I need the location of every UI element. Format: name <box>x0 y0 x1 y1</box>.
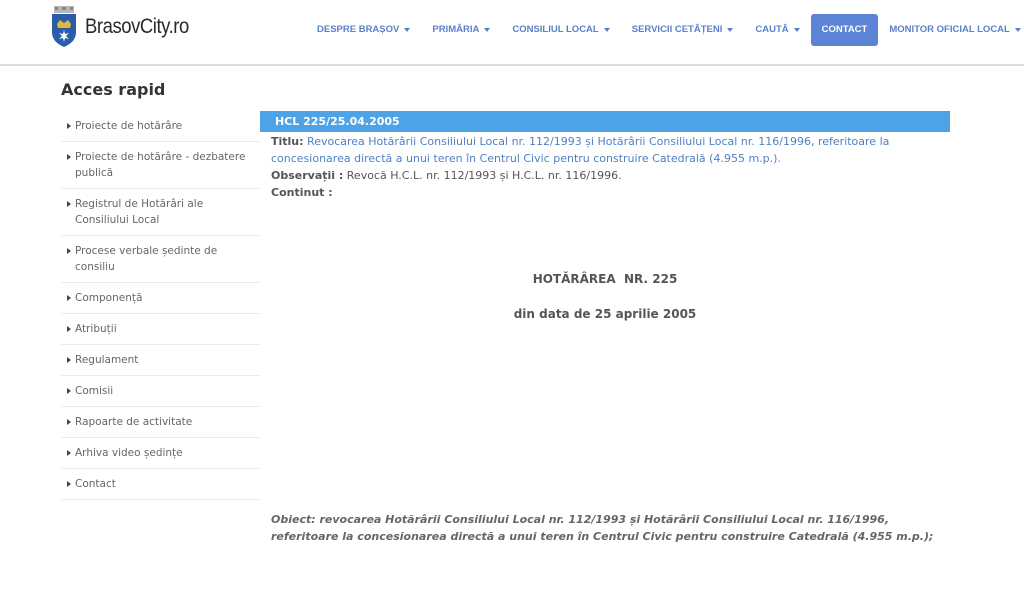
logo-text: BrasovCity.ro <box>85 15 189 39</box>
nav-primaria[interactable]: PRIMĂRIA <box>421 14 501 46</box>
document-obiect: Obiect: revocarea Hotărârii Consiliului … <box>271 511 951 545</box>
site-logo[interactable]: BrasovCity.ro <box>50 6 203 48</box>
observatii-label: Observații : <box>271 169 343 182</box>
sidebar-item-rapoarte[interactable]: Rapoarte de activitate <box>61 407 260 438</box>
sidebar-item-arhiva-video[interactable]: Arhiva video ședințe <box>61 438 260 469</box>
document-heading: HOTĂRÂREA NR. 225 <box>260 272 950 286</box>
sidebar-item-label: Proiecte de hotărâre <box>75 120 182 132</box>
sidebar-item-proiecte-hotarare[interactable]: Proiecte de hotărâre <box>61 111 260 142</box>
sidebar-item-label: Contact <box>75 478 116 490</box>
document-meta: Titlu: Revocarea Hotărârii Consiliului L… <box>260 133 950 201</box>
sidebar-item-label: Componență <box>75 292 142 304</box>
observatii-value: Revocă H.C.L. nr. 112/1993 și H.C.L. nr.… <box>347 169 622 182</box>
sidebar-item-contact[interactable]: Contact <box>61 469 260 500</box>
nav-label: CONTACT <box>822 14 868 46</box>
caret-right-icon <box>67 248 71 254</box>
caret-right-icon <box>67 295 71 301</box>
nav-label: CONSILIUL LOCAL <box>512 14 598 46</box>
sidebar-item-label: Comisii <box>75 385 113 397</box>
sidebar-item-label: Rapoarte de activitate <box>75 416 192 428</box>
nav-label: PRIMĂRIA <box>432 14 479 46</box>
document-panel: HCL 225/25.04.2005 Titlu: Revocarea Hotă… <box>260 111 950 201</box>
caret-down-icon <box>404 28 410 32</box>
caret-right-icon <box>67 123 71 129</box>
sidebar-item-regulament[interactable]: Regulament <box>61 345 260 376</box>
nav-consiliul-local[interactable]: CONSILIUL LOCAL <box>501 14 620 46</box>
nav-despre-brasov[interactable]: DESPRE BRAȘOV <box>306 14 421 46</box>
caret-down-icon <box>794 28 800 32</box>
observatii-row: Observații : Revocă H.C.L. nr. 112/1993 … <box>271 167 950 184</box>
titlu-value[interactable]: Revocarea Hotărârii Consiliului Local nr… <box>271 135 889 165</box>
caret-down-icon <box>727 28 733 32</box>
sidebar-item-label: Proiecte de hotărâre - dezbatere publică <box>75 151 245 179</box>
sidebar-item-label: Arhiva video ședințe <box>75 447 183 459</box>
continut-row: Continut : <box>271 184 950 201</box>
sidebar-item-comisii[interactable]: Comisii <box>61 376 260 407</box>
main-nav: DESPRE BRAȘOV PRIMĂRIA CONSILIUL LOCAL S… <box>306 14 1024 46</box>
caret-right-icon <box>67 154 71 160</box>
document-subheading: din data de 25 aprilie 2005 <box>260 307 950 321</box>
hcl-header-bar: HCL 225/25.04.2005 <box>260 111 950 132</box>
nav-label: CAUTĂ <box>755 14 788 46</box>
nav-cauta[interactable]: CAUTĂ <box>744 14 810 46</box>
nav-servicii-cetateni[interactable]: SERVICII CETĂȚENI <box>621 14 745 46</box>
sidebar-item-label: Atribuții <box>75 323 117 335</box>
caret-right-icon <box>67 357 71 363</box>
sidebar-item-componenta[interactable]: Componență <box>61 283 260 314</box>
sidebar-title: Acces rapid <box>61 80 165 99</box>
continut-label: Continut : <box>271 186 333 199</box>
sidebar-item-label: Registrul de Hotărâri ale Consiliului Lo… <box>75 198 203 226</box>
nav-monitor-oficial-local[interactable]: MONITOR OFICIAL LOCAL <box>878 14 1024 46</box>
titlu-row: Titlu: Revocarea Hotărârii Consiliului L… <box>271 133 950 167</box>
sidebar-item-label: Procese verbale ședinte de consiliu <box>75 245 217 273</box>
caret-right-icon <box>67 201 71 207</box>
titlu-label: Titlu: <box>271 135 304 148</box>
caret-right-icon <box>67 419 71 425</box>
sidebar-item-registrul-hotarari[interactable]: Registrul de Hotărâri ale Consiliului Lo… <box>61 189 260 236</box>
caret-right-icon <box>67 481 71 487</box>
sidebar-menu: Proiecte de hotărâre Proiecte de hotărâr… <box>61 111 260 500</box>
caret-right-icon <box>67 388 71 394</box>
sidebar-item-atributii[interactable]: Atribuții <box>61 314 260 345</box>
caret-down-icon <box>484 28 490 32</box>
sidebar-item-label: Regulament <box>75 354 138 366</box>
nav-contact[interactable]: CONTACT <box>811 14 879 46</box>
site-header: BrasovCity.ro DESPRE BRAȘOV PRIMĂRIA CON… <box>0 0 1024 66</box>
coat-of-arms-icon <box>50 6 78 48</box>
nav-label: SERVICII CETĂȚENI <box>632 14 723 46</box>
sidebar-item-procese-verbale[interactable]: Procese verbale ședinte de consiliu <box>61 236 260 283</box>
nav-label: MONITOR OFICIAL LOCAL <box>889 14 1010 46</box>
sidebar-item-proiecte-dezbatere[interactable]: Proiecte de hotărâre - dezbatere publică <box>61 142 260 189</box>
caret-right-icon <box>67 450 71 456</box>
caret-down-icon <box>604 28 610 32</box>
caret-down-icon <box>1015 28 1021 32</box>
nav-label: DESPRE BRAȘOV <box>317 14 399 46</box>
caret-right-icon <box>67 326 71 332</box>
